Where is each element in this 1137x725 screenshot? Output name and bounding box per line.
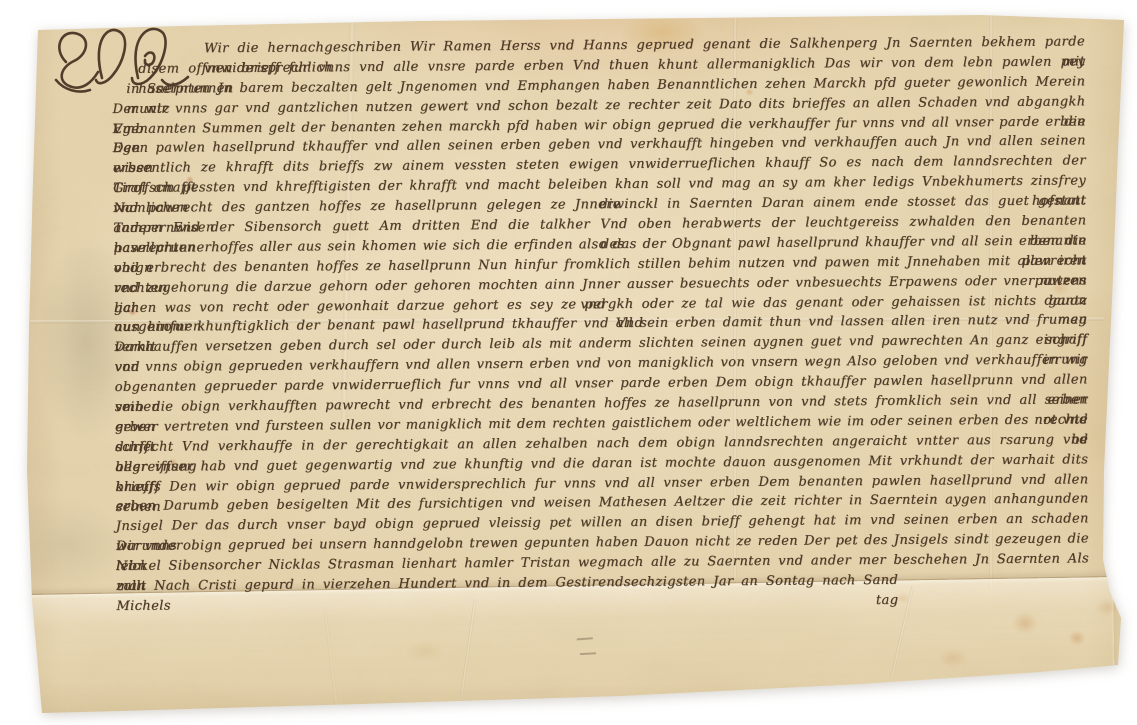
fold-wrinkle [460, 600, 476, 694]
parchment-document: W Wir die hernachgeschriben Wir Ramen He… [0, 0, 1137, 725]
seal-slit [580, 652, 596, 655]
scan-background: W Wir die hernachgeschriben Wir Ramen He… [0, 0, 1137, 725]
manuscript-text: W Wir die hernachgeschriben Wir Ramen He… [112, 32, 1089, 597]
parchment-wrap: W Wir die hernachgeschriben Wir Ramen He… [0, 0, 1137, 725]
initial-letter: W [112, 40, 113, 41]
foxing-spot [848, 684, 882, 700]
fold-wrinkle [323, 608, 337, 703]
seal-slit [577, 637, 593, 640]
